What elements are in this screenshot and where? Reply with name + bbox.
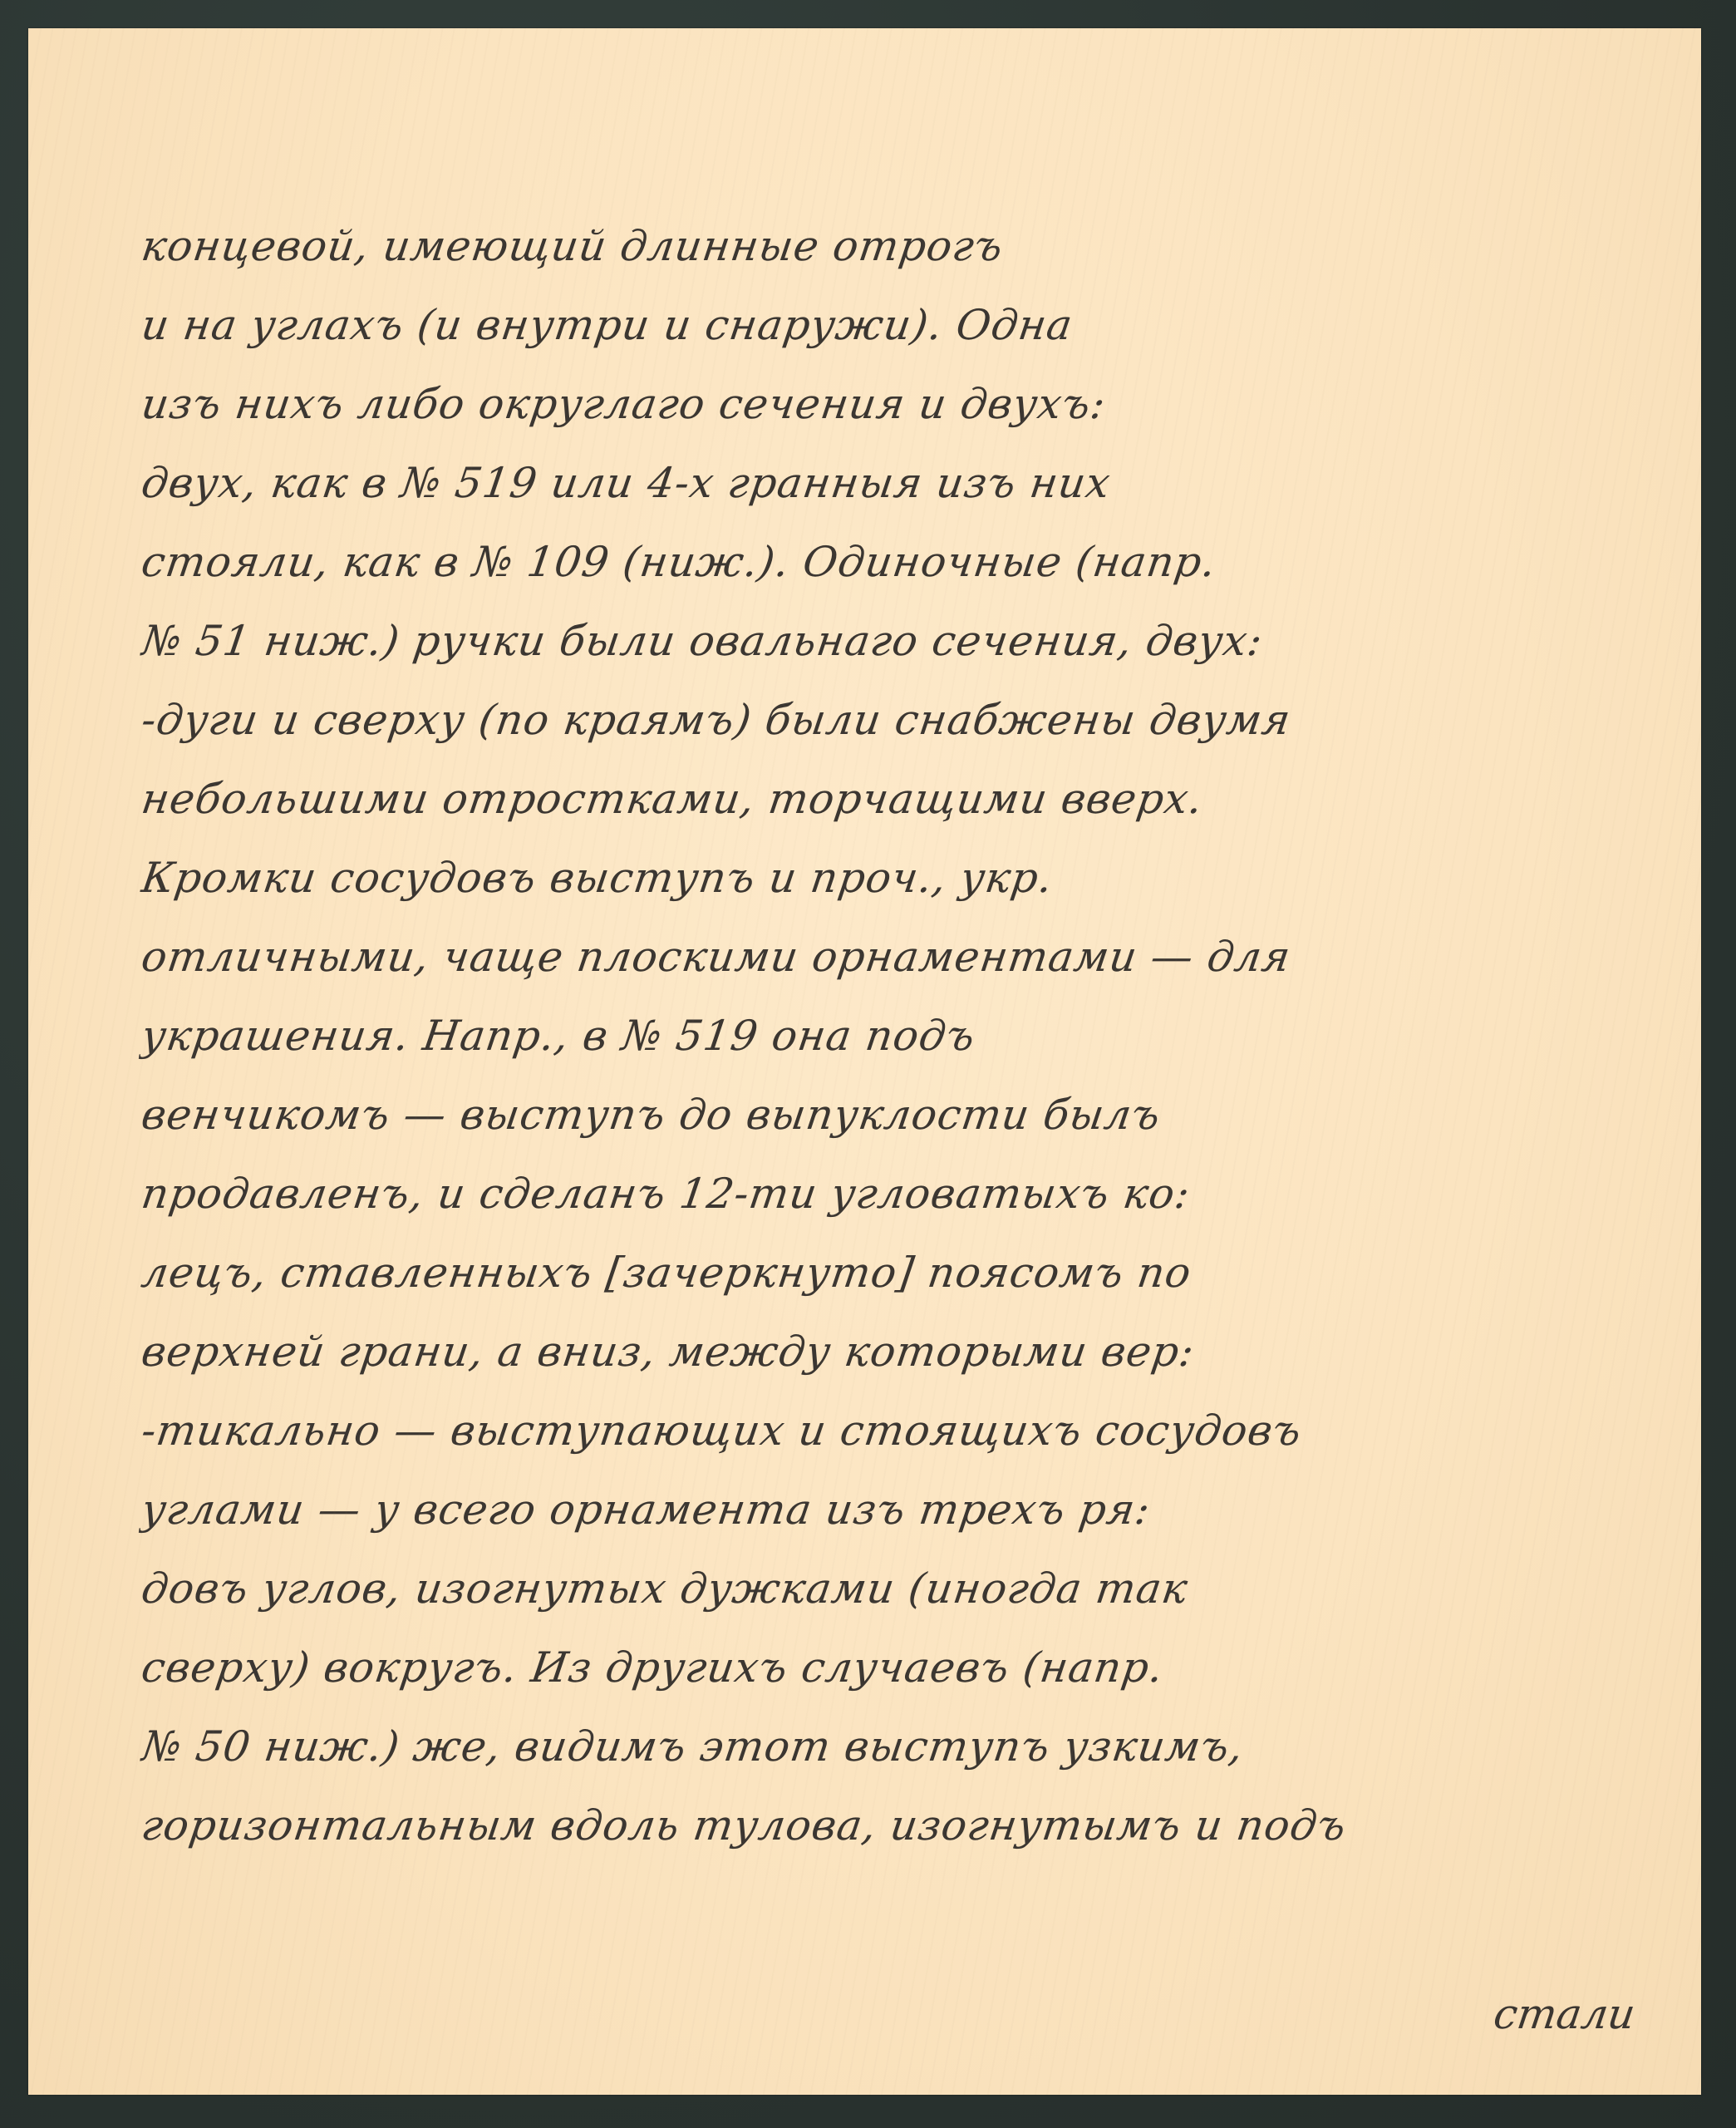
manuscript-line-5: стояли, как в № 109 (ниж.). Одиночные (н… <box>136 523 1701 602</box>
manuscript-line-20: № 50 ниж.) же, видимъ этот выступъ узким… <box>136 1707 1701 1786</box>
manuscript-line-21: горизонтальным вдоль тулова, изогнутымъ … <box>136 1786 1701 1865</box>
manuscript-line-9: Кромки сосудовъ выступъ и проч., укр. <box>136 839 1701 918</box>
manuscript-line-3: изъ нихъ либо округлаго сечения и двухъ: <box>136 365 1701 444</box>
catchword: стали <box>1491 1990 1638 2038</box>
manuscript-line-8: небольшими отростками, торчащими вверх. <box>136 760 1701 839</box>
manuscript-line-2: и на углахъ (и внутри и снаружи). Одна <box>136 286 1701 365</box>
manuscript-line-4: двух, как в № 519 или 4-х гранныя изъ ни… <box>136 444 1701 523</box>
manuscript-line-16: -тикально — выступающих и стоящихъ сосуд… <box>136 1392 1701 1470</box>
manuscript-line-11: украшения. Напр., в № 519 она подъ <box>136 997 1701 1076</box>
manuscript-line-19: сверху) вокругъ. Из другихъ случаевъ (на… <box>136 1628 1701 1707</box>
manuscript-line-10: отличными, чаще плоскими орнаментами — д… <box>136 918 1701 997</box>
manuscript-line-6: № 51 ниж.) ручки были овальнаго сечения,… <box>136 602 1701 681</box>
manuscript-line-17: углами — у всего орнамента изъ трехъ ря: <box>136 1470 1701 1549</box>
handwritten-text-block: концевой, имеющий длинные отрогъ и на уг… <box>136 207 1690 1865</box>
manuscript-line-14-with-strikethrough: лецъ, ставленныхъ [зачеркнуто] поясомъ п… <box>136 1234 1701 1313</box>
manuscript-line-1: концевой, имеющий длинные отрогъ <box>136 207 1701 286</box>
manuscript-line-13: продавленъ, и сделанъ 12-ти угловатыхъ к… <box>136 1155 1701 1234</box>
manuscript-line-18: довъ углов, изогнутых дужками (иногда та… <box>136 1549 1701 1628</box>
manuscript-page: концевой, имеющий длинные отрогъ и на уг… <box>28 28 1701 2095</box>
manuscript-line-15: верхней грани, а вниз, между которыми ве… <box>136 1313 1701 1392</box>
manuscript-line-7: -дуги и сверху (по краямъ) были снабжены… <box>136 681 1701 760</box>
manuscript-line-12: венчикомъ — выступъ до выпуклости былъ <box>136 1076 1701 1155</box>
